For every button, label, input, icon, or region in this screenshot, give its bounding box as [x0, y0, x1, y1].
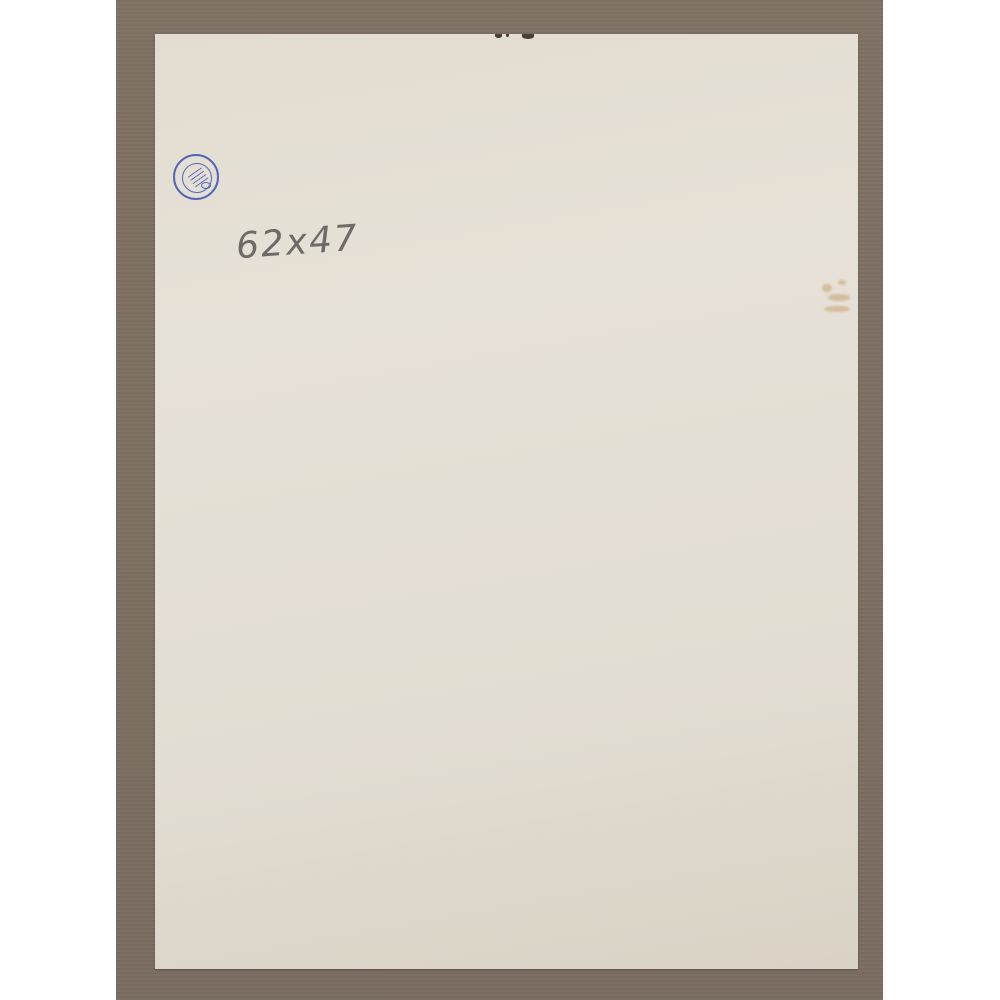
handwritten-size-note: 62x47 [235, 218, 360, 267]
paper-sheet [155, 34, 858, 969]
paper-stain [818, 280, 858, 325]
round-stamp-icon [173, 154, 219, 200]
top-edge-marks [495, 34, 545, 40]
stamp-emblem-icon [201, 182, 211, 189]
